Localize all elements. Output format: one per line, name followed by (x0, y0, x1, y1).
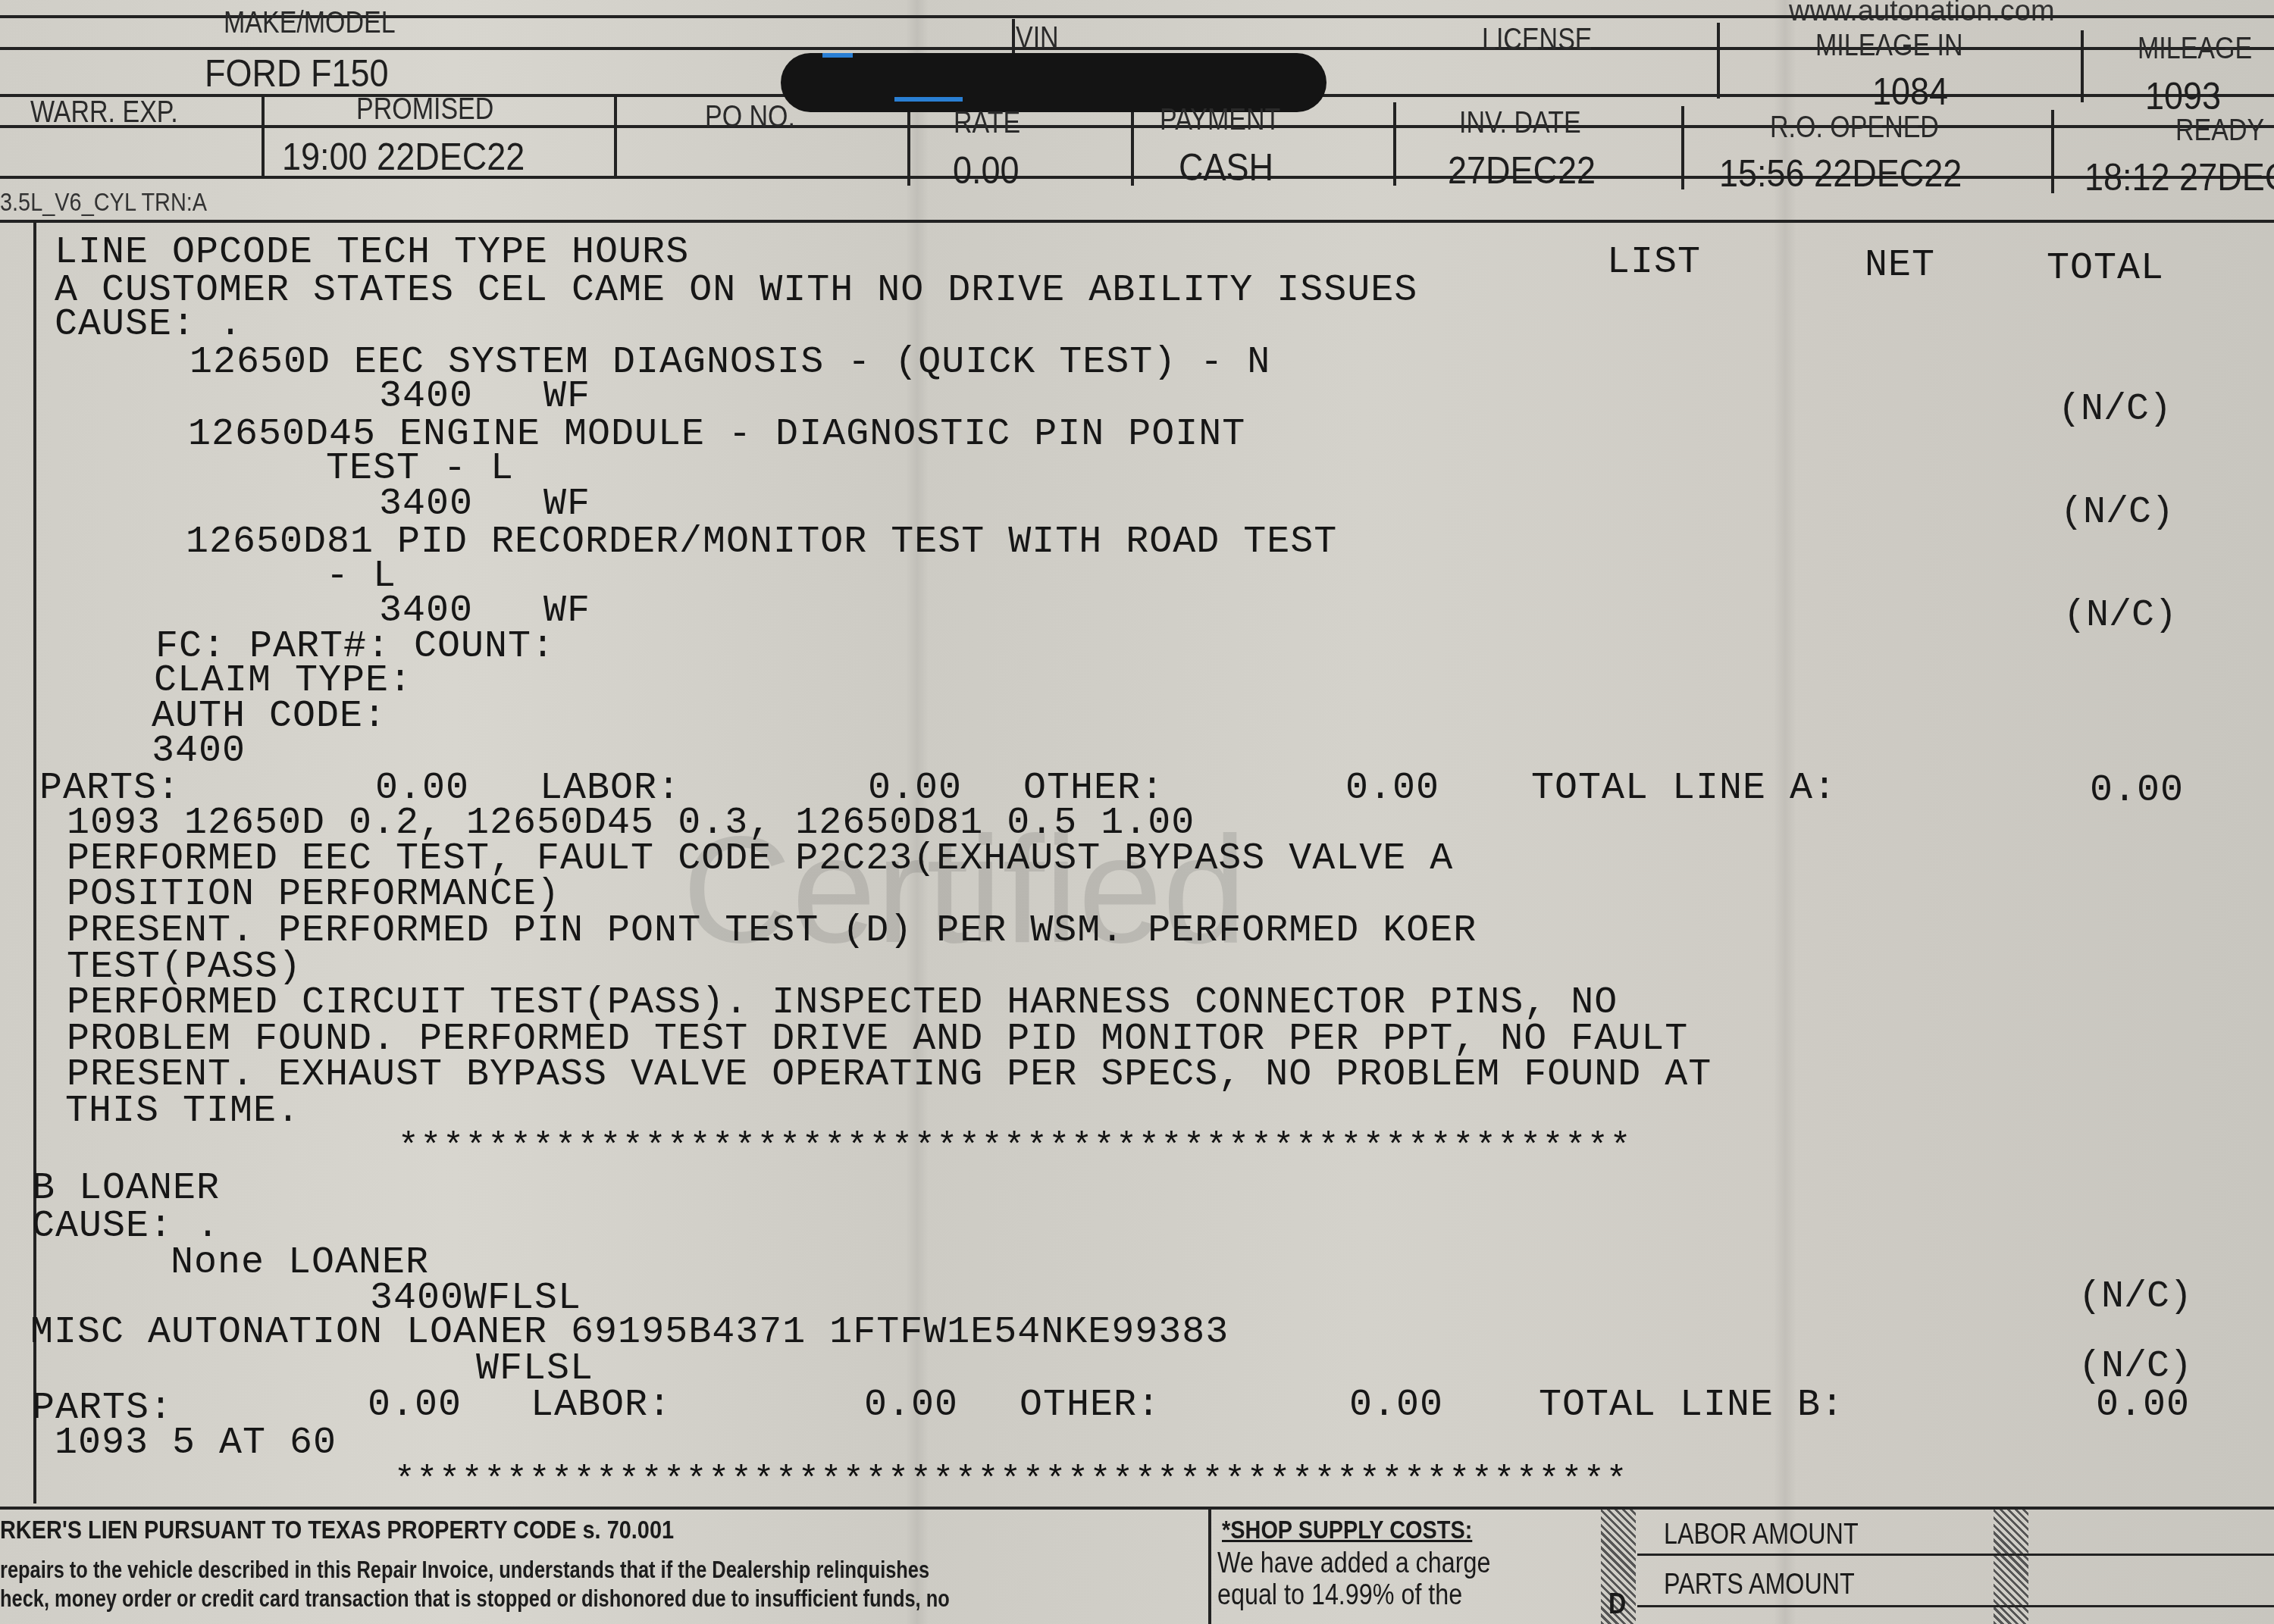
line-b-misc: MISC AUTONATION LOANER 69195B4371 1FTFW1… (30, 1311, 1229, 1354)
line-b-tech-total: (N/C) (2078, 1275, 2192, 1319)
column-header-total: TOTAL (2047, 247, 2164, 290)
lien-text-line: repairs to the vehicle described in this… (0, 1557, 929, 1584)
mileage-in-value: 1084 (1872, 70, 1948, 114)
line-b-total-label: TOTAL LINE B: (1539, 1384, 1844, 1427)
footer-rule (0, 1507, 2274, 1510)
amount-rule (1637, 1605, 2274, 1607)
vin-label: VIN (1016, 21, 1059, 55)
column-header-left: LINE OPCODE TECH TYPE HOURS (55, 231, 689, 274)
line-b-other-label: OTHER: (1020, 1384, 1160, 1427)
engine-transmission: 3.5L_V6_CYL TRN:A (0, 188, 207, 217)
side-letter: D (1608, 1588, 1626, 1621)
op-1-tech: 3400 WF (379, 375, 590, 418)
header-divider (614, 94, 617, 177)
redaction-marker-edge (894, 97, 963, 102)
line-b-total-value: 0.00 (2096, 1384, 2190, 1427)
lien-text-line: heck, money order or credit card transac… (0, 1585, 950, 1613)
line-b-story: 1093 5 AT 60 (55, 1422, 337, 1465)
ready-value: 18:12 27DEC22 (2084, 155, 2274, 199)
op-1-total: (N/C) (2058, 388, 2172, 431)
promised-value: 19:00 22DEC22 (282, 135, 525, 179)
amount-rule (1637, 1554, 2274, 1556)
repair-invoice-paper: www.autonation.com MAKE/MODEL VIN LICENS… (0, 0, 2274, 1624)
line-a-complaint: A CUSTOMER STATES CEL CAME ON WITH NO DR… (55, 269, 1417, 312)
line-b-title: B LOANER (32, 1167, 220, 1210)
po-no-label: PO NO. (705, 100, 795, 134)
dealer-url: www.autonation.com (1789, 0, 2055, 28)
mileage-in-label: MILEAGE IN (1815, 29, 1963, 63)
paper-fold (1774, 0, 1796, 1624)
parts-amount-label: PARTS AMOUNT (1664, 1569, 1855, 1601)
line-a-other-value: 0.00 (1345, 767, 1439, 810)
inv-date-label: INV. DATE (1459, 106, 1581, 140)
line-b-parts-value: 0.00 (368, 1384, 462, 1427)
ready-label: READY (2175, 114, 2264, 148)
labor-amount-label: LABOR AMOUNT (1664, 1519, 1859, 1551)
line-b-separator: ****************************************… (394, 1461, 1628, 1500)
payment-label: PAYMENT (1160, 103, 1280, 137)
header-divider (1717, 23, 1720, 99)
story-line: PRESENT. EXHAUST BYPASS VALVE OPERATING … (67, 1053, 1712, 1097)
mileage-out-value: 1093 (2145, 74, 2221, 118)
line-a-total-value: 0.00 (2090, 769, 2184, 812)
line-b-labor-value: 0.00 (864, 1384, 958, 1427)
line-a-separator: ****************************************… (398, 1128, 1632, 1167)
ro-opened-label: R.O. OPENED (1770, 111, 1939, 145)
inv-date-value: 27DEC22 (1448, 149, 1596, 192)
line-a-cause: CAUSE: . (55, 303, 243, 346)
warr-exp-label: WARR. EXP. (30, 95, 178, 130)
header-divider (1681, 106, 1684, 189)
rate-value: 0.00 (953, 149, 1020, 192)
promised-label: PROMISED (356, 92, 493, 127)
header-rule (0, 220, 2274, 223)
workers-lien-title: RKER'S LIEN PURSUANT TO TEXAS PROPERTY C… (0, 1516, 674, 1545)
redaction-marker-edge (822, 53, 853, 58)
story-line: THIS TIME. (65, 1090, 300, 1133)
line-a-total-label: TOTAL LINE A: (1531, 767, 1837, 810)
op-3-total: (N/C) (2063, 594, 2177, 637)
make-model-value: FORD F150 (205, 52, 389, 95)
header-divider (262, 94, 265, 177)
line-b-labor-label: LABOR: (531, 1384, 672, 1427)
op-2-tech: 3400 WF (379, 483, 590, 526)
column-header-list: LIST (1607, 241, 1701, 284)
license-label: LICENSE (1482, 23, 1592, 57)
op-2-total: (N/C) (2060, 491, 2174, 534)
shop-supply-title: *SHOP SUPPLY COSTS: (1222, 1516, 1472, 1545)
header-divider (1131, 102, 1134, 186)
line-b-other-value: 0.00 (1349, 1384, 1443, 1427)
shop-supply-text: equal to 14.99% of the (1217, 1579, 1462, 1612)
ro-opened-value: 15:56 22DEC22 (1719, 152, 1962, 196)
rate-label: RATE (954, 106, 1020, 140)
footer-divider (1208, 1508, 1211, 1624)
line-b-misc-total: (N/C) (2078, 1345, 2192, 1388)
column-header-net: NET (1865, 244, 1935, 287)
payment-value: CASH (1179, 146, 1273, 189)
mileage-out-label: MILEAGE (2138, 32, 2252, 66)
op-1-description: 12650D EEC SYSTEM DIAGNOSIS - (QUICK TES… (189, 341, 1270, 384)
header-divider (1393, 102, 1396, 186)
make-model-label: MAKE/MODEL (224, 6, 396, 40)
header-divider (2081, 30, 2084, 102)
header-divider (2051, 110, 2054, 193)
shop-supply-text: We have added a charge (1217, 1547, 1490, 1580)
